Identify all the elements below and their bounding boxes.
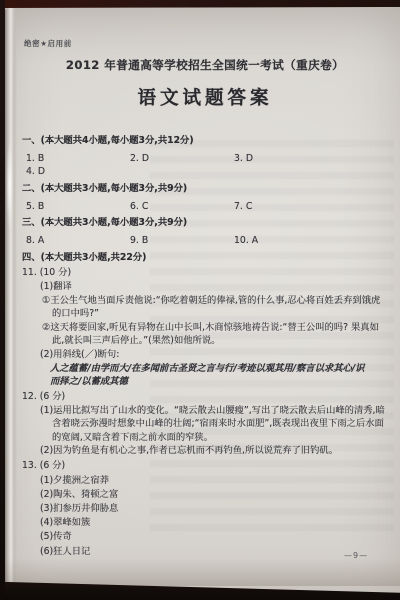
photographed-document: 绝密★启用前 2012 年普通高等学校招生全国统一考试（重庆卷） 语文试题答案 … — [0, 0, 400, 600]
line-sub-item: (3)扪参历井仰胁息 — [40, 502, 398, 515]
line-question-number: 11. (10 分) — [22, 266, 398, 279]
line-section-heading: 二、(本大题共3小题,每小题3分,共9分) — [22, 182, 398, 195]
subject-title: 语文试题答案 — [14, 84, 396, 110]
line-section-heading: 四、(本大题共3小题,共22分) — [22, 251, 398, 264]
choice-answer: 1. B — [26, 152, 130, 165]
exam-title: 2012 年普通高等学校招生全国统一考试（重庆卷） — [14, 57, 396, 73]
line-sub-item: (2)陶朱、猗顿之富 — [40, 488, 398, 501]
choice-answer: 2. D — [130, 152, 234, 165]
line-sub-item: (2)用斜线(／)断句: — [40, 348, 398, 361]
line-choice-row: 5. B6. C7. C — [26, 200, 398, 213]
line-section-heading: 一、(本大题共4小题,每小题3分,共12分) — [22, 134, 398, 147]
book-spine-edge — [0, 0, 5, 600]
choice-answer: 6. C — [130, 200, 234, 213]
choice-answer: 4. D — [26, 165, 130, 178]
line-sub-item-hang: (2)因为钓鱼是有机心之事,作者已忘机而不再钓鱼,所以说荒弃了旧钓矶。 — [52, 444, 386, 457]
line-sub-item: (1)翻译 — [40, 280, 398, 293]
line-sub-item: (1)夕揽洲之宿莽 — [40, 474, 398, 487]
line-sub-item: (4)翠峰如簇 — [40, 516, 398, 529]
page-curl-highlight — [6, 140, 13, 230]
choice-answer: 9. B — [130, 234, 234, 247]
page-number: —9— — [344, 551, 368, 560]
line-answer-indent: ②这天将要回家,听见有异物在山中长叫,木商惊骇地祷告说:“替王公叫的吗? 果真如… — [52, 321, 384, 348]
choice-answer: 5. B — [26, 200, 130, 213]
line-answer-indent: ①王公生气地当面斥责他说:“你吃着朝廷的俸禄,管的什么事,忍心将百姓丢弃到饿虎的… — [52, 294, 384, 321]
title-block: 2012 年普通高等学校招生全国统一考试（重庆卷） 语文试题答案 — [14, 57, 396, 110]
security-notice: 绝密★启用前 — [24, 38, 72, 49]
choice-answer: 3. D — [234, 152, 338, 165]
line-choice-row: 8. A9. B10. A — [26, 234, 398, 247]
line-section-heading: 三、(本大题共3小题,每小题3分,共9分) — [22, 216, 398, 229]
line-sub-item-hang: (1)运用比拟写出了山水的变化。“晓云散去山腰瘦”,写出了晓云散去后山峰的清秀,… — [52, 404, 386, 444]
line-choice-row: 1. B2. D3. D4. D — [26, 152, 398, 179]
page-bottom-shade — [0, 558, 400, 586]
line-question-number: 13. (6 分) — [22, 459, 398, 472]
choice-answer: 7. C — [234, 200, 338, 213]
answer-key-content: 一、(本大题共4小题,每小题3分,共12分)1. B2. D3. D4. D二、… — [14, 131, 398, 558]
choice-answer: 8. A — [26, 234, 130, 247]
line-kaiti-answer: 人之蕴蓄/由学而大/在多闻前古圣贤之言与行/考迹以观其用/察言以求其心/识而择之… — [50, 362, 368, 389]
choice-answer: 10. A — [234, 234, 338, 247]
line-question-number: 12. (6 分) — [22, 390, 398, 403]
line-sub-item: (5)传奇 — [40, 530, 398, 543]
photo-top-edge — [0, 0, 400, 8]
